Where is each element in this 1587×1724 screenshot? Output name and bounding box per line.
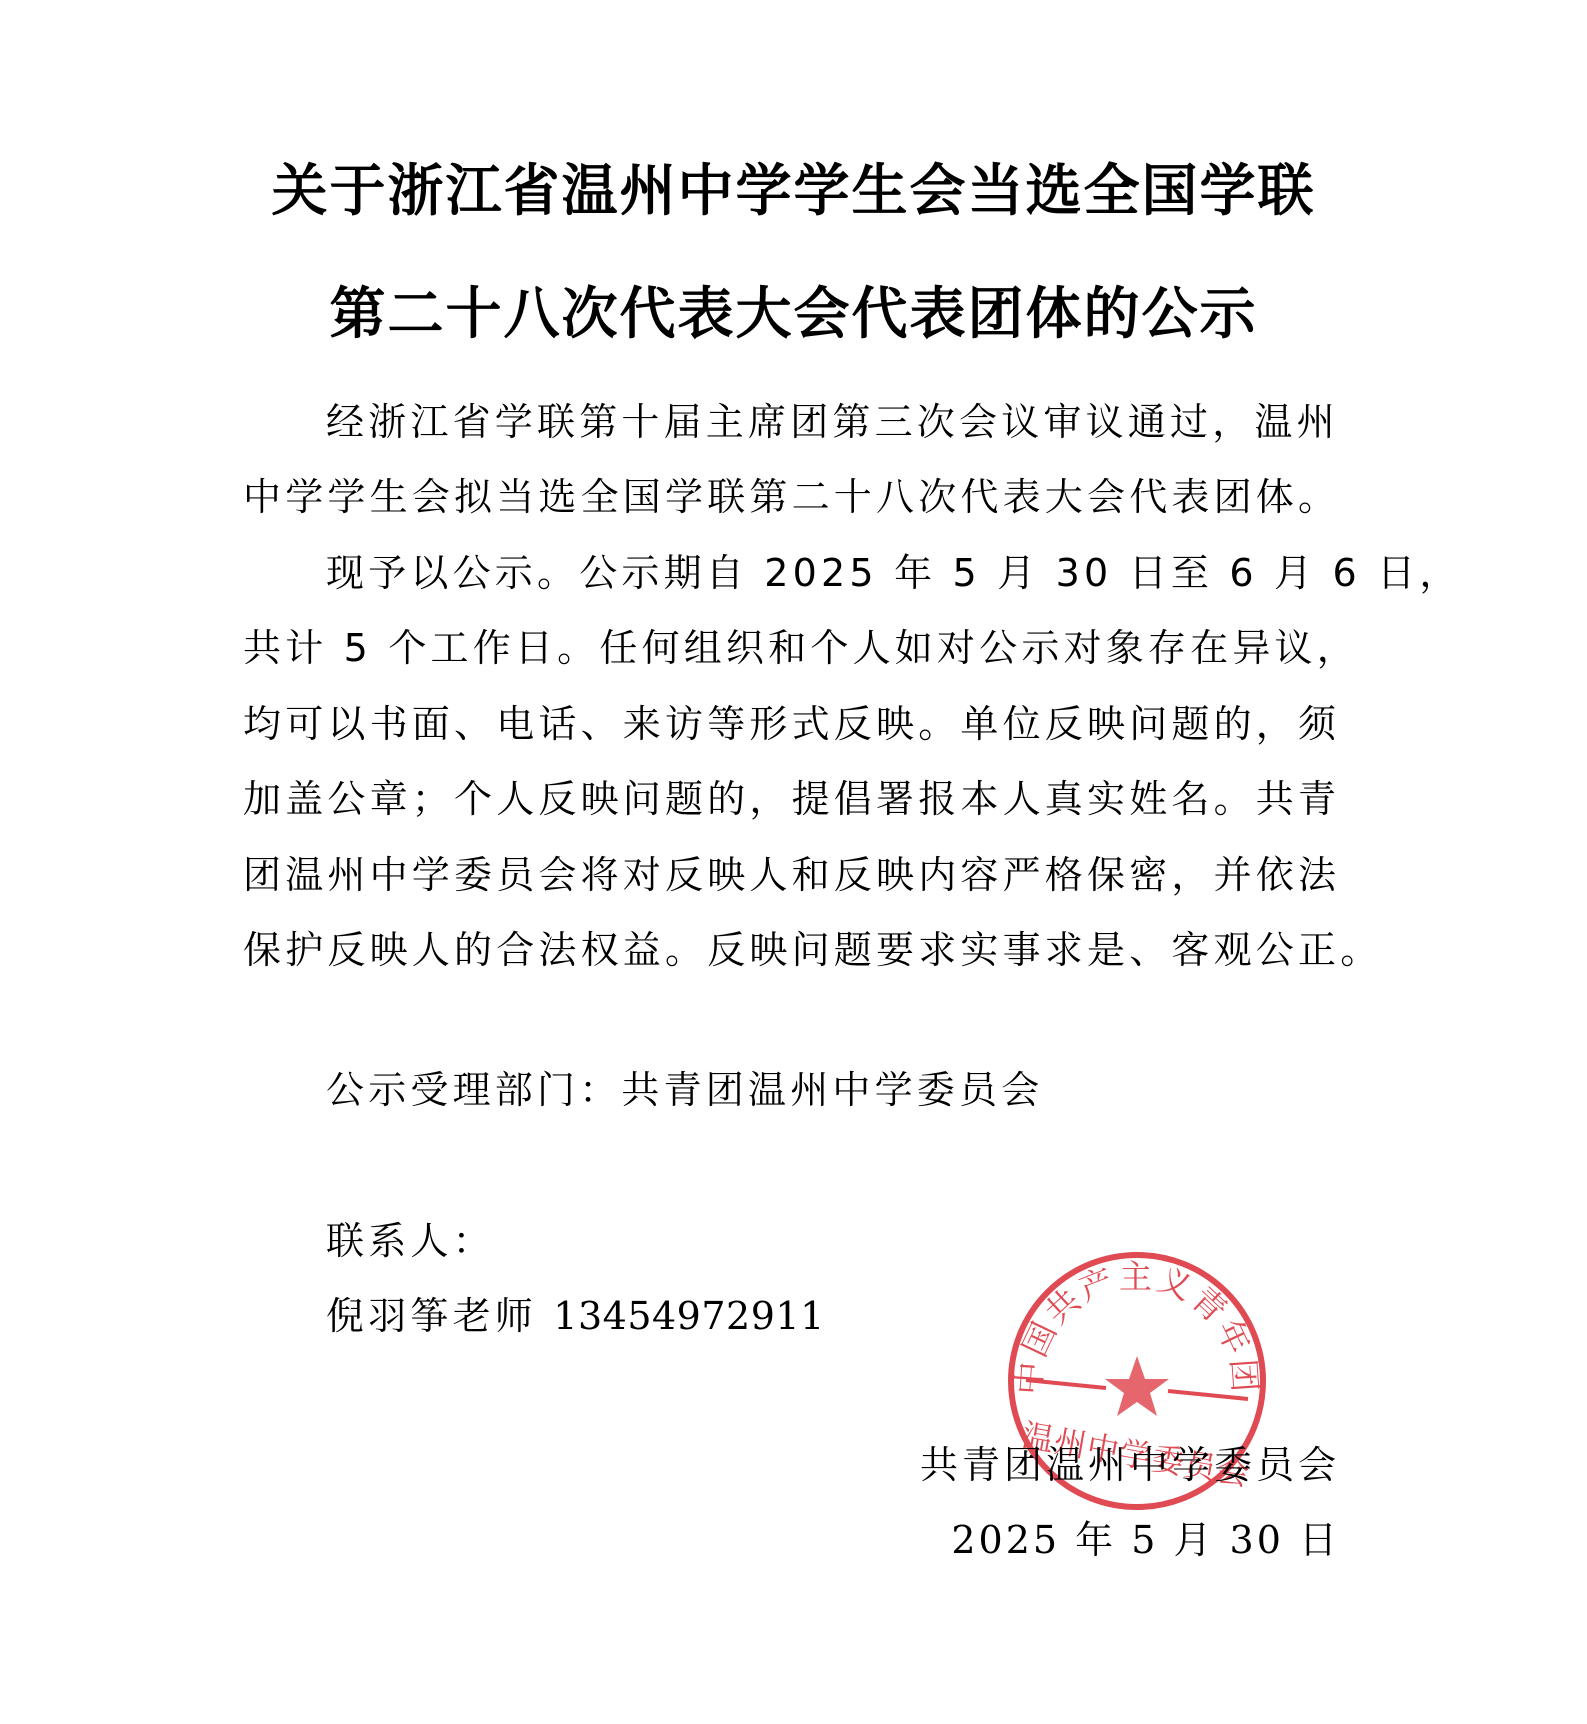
document-page: 关于浙江省温州中学学生会当选全国学联 第二十八次代表大会代表团体的公示 经浙江省…	[0, 0, 1587, 1724]
contact-phone: 13454972911	[553, 1294, 824, 1338]
contact-person-line: 倪羽筝老师 13454972911	[326, 1291, 1426, 1341]
body-paragraph-1-line-1: 经浙江省学联第十届主席团第三次会议审议通过，温州	[326, 397, 1426, 447]
document-title-line-2: 第二十八次代表大会代表团体的公示	[0, 278, 1587, 350]
contact-label: 联系人：	[326, 1216, 1426, 1266]
signature-date: 2025 年 5 月 30 日	[920, 1515, 1340, 1565]
body-paragraph-2-line-3: 均可以书面、电话、来访等形式反映。单位反映问题的，须	[243, 699, 1343, 749]
signature-organization: 共青团温州中学委员会	[920, 1440, 1340, 1490]
body-paragraph-2-line-1: 现予以公示。公示期自 2025 年 5 月 30 日至 6 月 6 日，	[326, 548, 1426, 598]
body-paragraph-1-line-2: 中学学生会拟当选全国学联第二十八次代表大会代表团体。	[243, 472, 1343, 522]
document-title-line-1: 关于浙江省温州中学学生会当选全国学联	[0, 155, 1587, 227]
body-paragraph-2-line-6: 保护反映人的合法权益。反映问题要求实事求是、客观公正。	[243, 925, 1343, 975]
body-paragraph-2-line-5: 团温州中学委员会将对反映人和反映内容严格保密，并依法	[243, 850, 1343, 900]
star-icon	[1105, 1356, 1169, 1416]
body-paragraph-2-line-4: 加盖公章；个人反映问题的，提倡署报本人真实姓名。共青	[243, 774, 1343, 824]
department-line: 公示受理部门：共青团温州中学委员会	[326, 1065, 1426, 1115]
contact-name: 倪羽筝老师	[326, 1294, 537, 1338]
body-paragraph-2-line-2: 共计 5 个工作日。任何组织和个人如对公示对象存在异议，	[243, 623, 1343, 673]
